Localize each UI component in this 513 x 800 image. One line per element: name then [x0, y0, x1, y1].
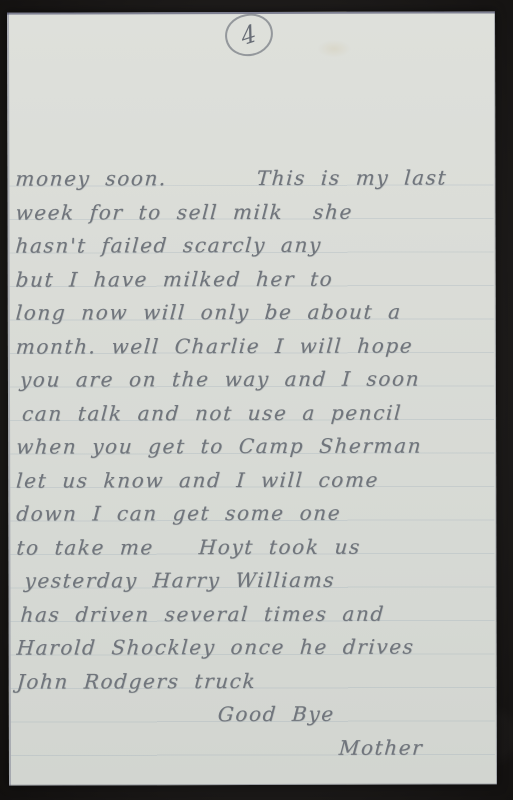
- letter-line: long now will only be about a: [15, 295, 493, 330]
- letter-line: let us know and I will come: [15, 463, 493, 498]
- letter-line: down I can get some one: [15, 496, 493, 531]
- letter-body: money soon. This is my lastweek for to s…: [15, 161, 493, 765]
- letter-line: John Rodgers truck: [16, 664, 494, 699]
- page-number: 4: [239, 19, 259, 51]
- letter-line: money soon. This is my last: [14, 161, 492, 196]
- letter-line: yesterday Harry Williams: [15, 563, 493, 598]
- letter-line: hasn't failed scarcly any: [14, 228, 492, 263]
- letter-page: 4 money soon. This is my lastweek for to…: [7, 11, 497, 785]
- page-number-badge: 4: [222, 10, 277, 60]
- paper-stain: [317, 40, 351, 58]
- letter-line: when you get to Camp Sherman: [15, 429, 493, 464]
- letter-line: Mother: [16, 731, 494, 766]
- letter-line: but I have milked her to: [15, 262, 493, 297]
- letter-photograph: 4 money soon. This is my lastweek for to…: [0, 0, 513, 800]
- letter-line: week for to sell milk she: [14, 195, 492, 230]
- letter-line: month. well Charlie I will hope: [15, 329, 493, 364]
- letter-line: to take me Hoyt took us: [15, 530, 493, 565]
- letter-line: Good Bye: [16, 697, 494, 732]
- letter-line: has driven several times and: [15, 597, 493, 632]
- letter-line: you are on the way and I soon: [15, 362, 493, 397]
- letter-line: can talk and not use a pencil: [15, 396, 493, 431]
- letter-line: Harold Shockley once he drives: [16, 630, 494, 665]
